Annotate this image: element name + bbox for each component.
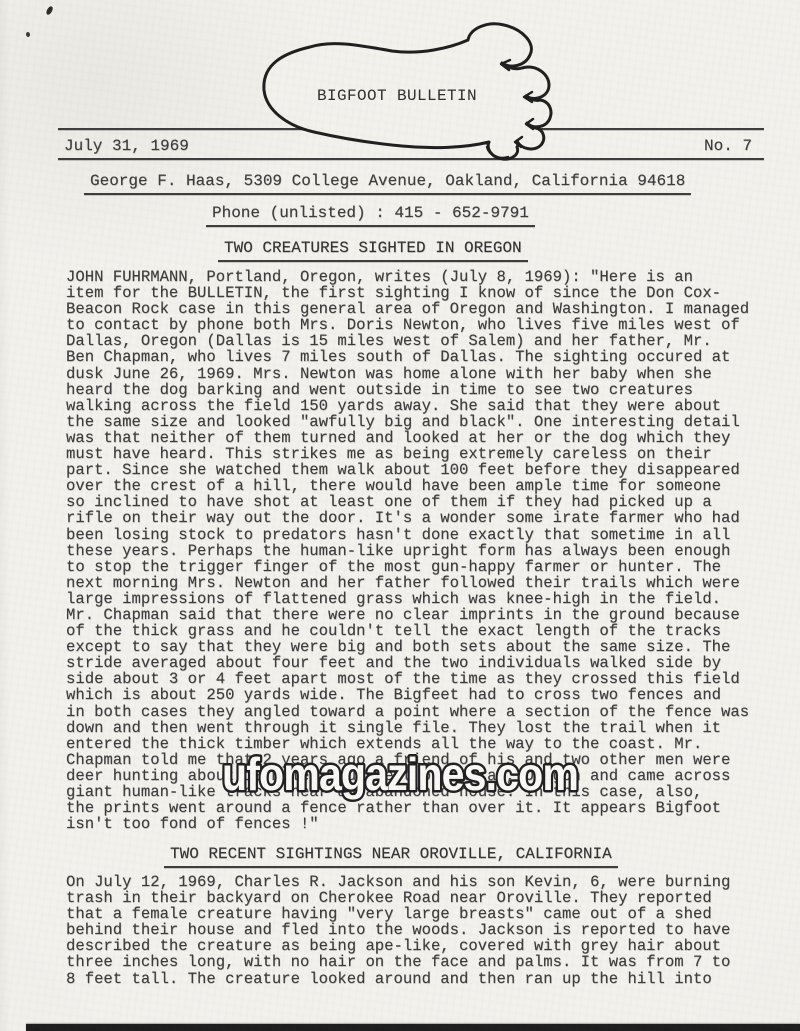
text-line: was that neither of them turned and look… bbox=[66, 430, 749, 446]
bulletin-scanned-page: July 31, 1969 No. 7 BIGFOOT BULLETIN Geo… bbox=[0, 0, 800, 1031]
text-line: part. Since she watched them walk about … bbox=[66, 462, 749, 478]
text-line: Mr. Chapman said that there were no clea… bbox=[66, 607, 749, 623]
text-line: three inches long, with no hair on the f… bbox=[66, 954, 730, 970]
editor-address-text: George F. Haas, 5309 College Avenue, Oak… bbox=[84, 172, 691, 195]
text-line: rifle on their way out the door. It's a … bbox=[66, 510, 749, 526]
text-line: next morning Mrs. Newton and her father … bbox=[66, 575, 749, 591]
text-line: except to say that they were big and bot… bbox=[66, 639, 749, 655]
text-line: these years. Perhaps the human-like upri… bbox=[66, 543, 749, 559]
article-body-oroville: On July 12, 1969, Charles R. Jackson and… bbox=[66, 874, 730, 987]
logo-title: BIGFOOT BULLETIN bbox=[317, 87, 477, 105]
text-line: been losing stock to predators hasn't do… bbox=[66, 527, 749, 543]
text-line: dusk June 26, 1969. Mrs. Newton was home… bbox=[66, 366, 749, 382]
ink-speck bbox=[26, 32, 31, 38]
watermark-text: ufomagazines.com bbox=[222, 748, 578, 800]
text-line: Beacon Rock case in this general area of… bbox=[66, 301, 749, 317]
text-line: isn't too fond of fences !" bbox=[66, 816, 749, 832]
text-line: trash in their backyard on Cherokee Road… bbox=[66, 890, 730, 906]
text-line: large impressions of flattened grass whi… bbox=[66, 591, 749, 607]
text-line: to contact by phone both Mrs. Doris Newt… bbox=[66, 317, 749, 333]
text-line: item for the BULLETIN, the first sightin… bbox=[66, 285, 749, 301]
article-heading-oroville: TWO RECENT SIGHTINGS NEAR OROVILLE, CALI… bbox=[164, 845, 618, 868]
article-heading-oregon: TWO CREATURES SIGHTED IN OREGON bbox=[218, 239, 528, 262]
editor-phone-text: Phone (unlisted) : 415 - 652-9791 bbox=[206, 204, 535, 227]
text-line: must have heard. This strikes me as bein… bbox=[66, 446, 749, 462]
text-line: Ben Chapman, who lives 7 miles south of … bbox=[66, 349, 749, 365]
text-line: down and then went through it single fil… bbox=[66, 720, 749, 736]
text-line: stride averaged about four feet and the … bbox=[66, 655, 749, 671]
text-line: behind their house and fled into the woo… bbox=[66, 922, 730, 938]
text-line: walking across the field 150 yards away.… bbox=[66, 398, 749, 414]
text-line: so inclined to have shot at least one of… bbox=[66, 494, 749, 510]
text-line: heard the dog barking and went outside i… bbox=[66, 382, 749, 398]
text-line: over the crest of a hill, there would ha… bbox=[66, 478, 749, 494]
text-line: the same size and looked "awfully big an… bbox=[66, 414, 749, 430]
text-line: Dallas, Oregon (Dallas is 15 miles west … bbox=[66, 333, 749, 349]
issue-number: No. 7 bbox=[704, 137, 752, 155]
watermark: ufomagazines.com bbox=[205, 747, 605, 817]
editor-address-line: George F. Haas, 5309 College Avenue, Oak… bbox=[84, 172, 691, 195]
bigfoot-footprint-logo: BIGFOOT BULLETIN bbox=[250, 20, 570, 170]
text-line: JOHN FUHRMANN, Portland, Oregon, writes … bbox=[66, 269, 749, 285]
text-line: which is about 250 yards wide. The Bigfe… bbox=[66, 687, 749, 703]
text-line: described the creature as being ape-like… bbox=[66, 938, 730, 954]
text-line: side about 3 or 4 feet apart most of the… bbox=[66, 671, 749, 687]
text-line: that a female creature having "very larg… bbox=[66, 906, 730, 922]
article-heading-oroville-text: TWO RECENT SIGHTINGS NEAR OROVILLE, CALI… bbox=[164, 845, 618, 868]
text-line: in both cases they angled toward a point… bbox=[66, 704, 749, 720]
text-line: of the thick grass and he couldn't tell … bbox=[66, 623, 749, 639]
issue-date: July 31, 1969 bbox=[64, 137, 189, 155]
text-line: On July 12, 1969, Charles R. Jackson and… bbox=[66, 874, 730, 890]
article-heading-oregon-text: TWO CREATURES SIGHTED IN OREGON bbox=[218, 239, 528, 262]
ink-speck bbox=[45, 5, 53, 15]
editor-phone-line: Phone (unlisted) : 415 - 652-9791 bbox=[206, 204, 535, 227]
text-line: to stop the trigger finger of the most g… bbox=[66, 559, 749, 575]
scan-edge-bar bbox=[26, 1024, 800, 1031]
text-line: 8 feet tall. The creature looked around … bbox=[66, 971, 730, 987]
